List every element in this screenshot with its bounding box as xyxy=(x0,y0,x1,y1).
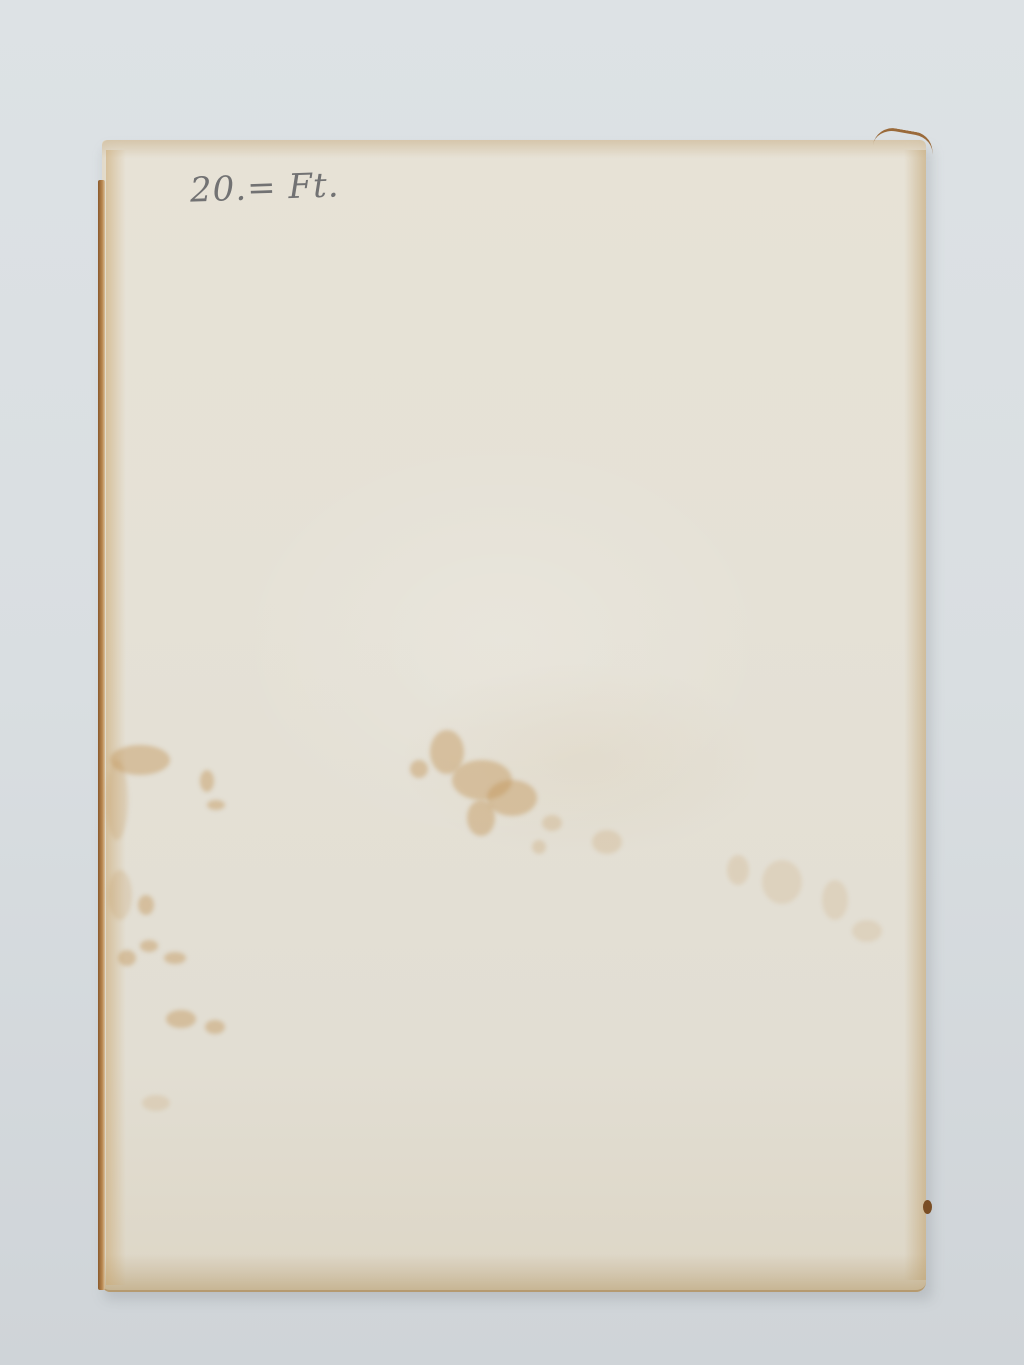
right-edge-discoloration xyxy=(904,150,926,1280)
foxing-stain xyxy=(762,860,802,904)
foxing-stain xyxy=(532,840,546,854)
foxing-stain xyxy=(592,830,622,854)
foxing-stain xyxy=(467,800,495,836)
book-spine xyxy=(98,180,105,1290)
foxing-stain xyxy=(142,1095,170,1111)
foxing-stain xyxy=(108,870,132,920)
book-back-cover: 20.= Ft. xyxy=(102,140,926,1292)
bottom-edge-discoloration xyxy=(102,1254,926,1292)
foxing-stain xyxy=(140,940,158,952)
foxing-stain xyxy=(487,780,537,816)
foxing-stain xyxy=(207,800,225,810)
bottom-right-edge-nick xyxy=(923,1200,932,1214)
foxing-stain xyxy=(822,880,848,920)
handwritten-price-note: 20.= Ft. xyxy=(189,165,340,210)
foxing-stain xyxy=(200,770,214,792)
foxing-stain xyxy=(138,895,154,915)
foxing-stain xyxy=(727,855,749,885)
foxing-stain xyxy=(164,952,186,964)
foxing-stain xyxy=(205,1020,225,1034)
top-edge-discoloration xyxy=(102,140,926,158)
spine-foxing xyxy=(106,150,126,1285)
foxing-stain xyxy=(410,760,428,778)
photo-scene: 20.= Ft. xyxy=(0,0,1024,1365)
foxing-stain xyxy=(118,950,136,966)
foxing-stain xyxy=(852,920,882,942)
foxing-stain xyxy=(106,760,128,840)
foxing-stain xyxy=(542,815,562,831)
foxing-stain xyxy=(166,1010,196,1028)
